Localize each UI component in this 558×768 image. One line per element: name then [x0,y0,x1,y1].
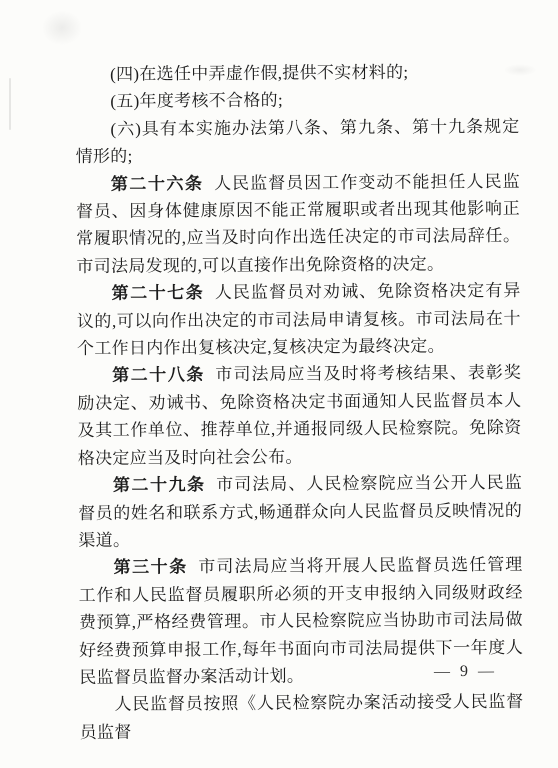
page-number: — 9 — [434,663,497,681]
article-27-label: 第二十七条 [112,283,205,303]
article-26-paragraph: 第二十六条人民监督员因工作变动不能担任人民监督员、因身体健康原因不能正常履职或者… [76,168,521,281]
clause-item-four: (四)在选任中弄虚作假,提供不实材料的; [75,58,519,89]
article-30-label: 第三十条 [113,558,187,578]
article-28-label: 第二十八条 [112,366,205,386]
article-27-paragraph: 第二十七条人民监督员对劝诫、免除资格决定有异议的,可以向作出决定的市司法局申请复… [77,277,522,362]
article-26-label: 第二十六条 [111,174,204,194]
article-29-label: 第二十九条 [113,475,206,495]
paper-edge-shadow [9,78,11,130]
article-28-paragraph: 第二十八条市司法局应当及时将考核结果、表彰奖励决定、劝诫书、免除资格决定书面通知… [77,359,522,472]
scan-smudge-top-left [34,4,90,52]
scanned-document-page: (四)在选任中弄虚作假,提供不实材料的; (五)年度考核不合格的; (六)具有本… [0,0,558,768]
continuation-paragraph: 人民监督员按照《人民检察院办案活动接受人民监督员监督 [79,688,523,746]
document-text-block: (四)在选任中弄虚作假,提供不实材料的; (五)年度考核不合格的; (六)具有本… [75,58,524,746]
article-29-paragraph: 第二十九条市司法局、人民检察院应当公开人民监督员的姓名和联系方式,畅通群众向人民… [78,469,523,554]
clause-item-five: (五)年度考核不合格的; [75,85,519,116]
clause-item-six: (六)具有本实施办法第八条、第九条、第十九条规定情形的; [75,113,519,171]
